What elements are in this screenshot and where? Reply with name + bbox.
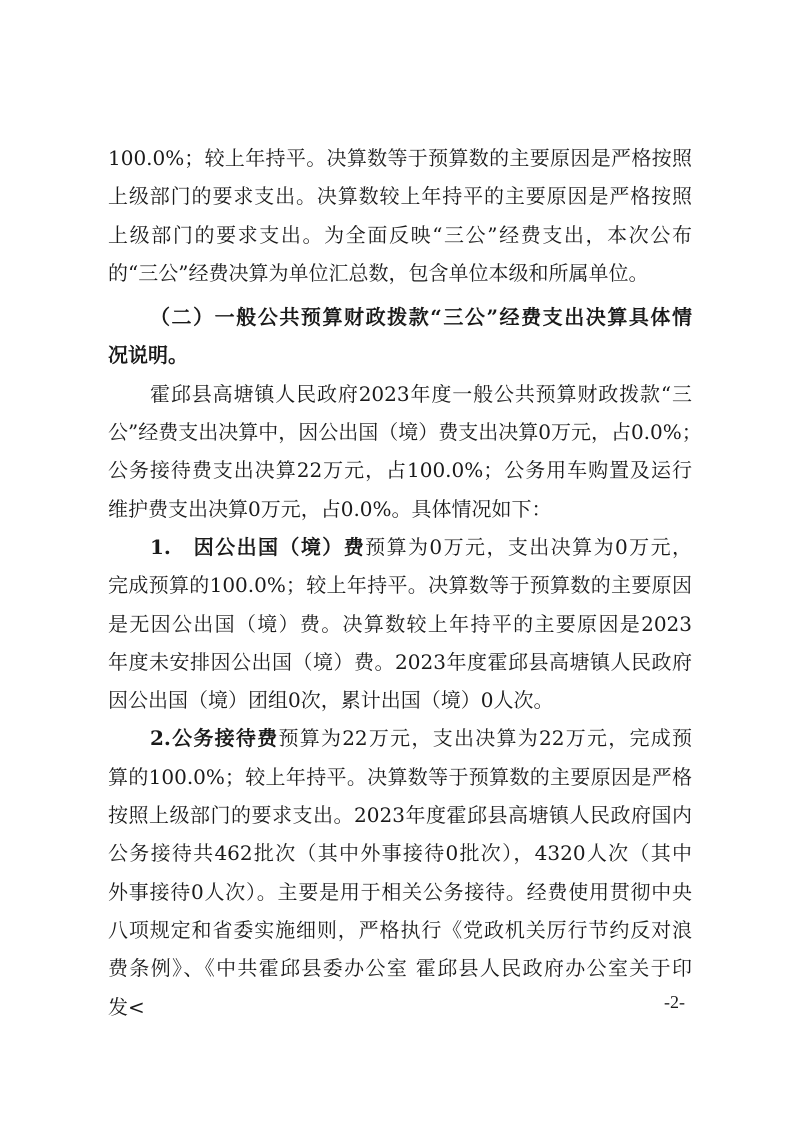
text-line: 2.公务接待费预算为22万元，支出决算为22万元，完成预	[108, 719, 692, 757]
page-number: -2-	[664, 992, 685, 1013]
paragraph-continuation: 100.0%；较上年持平。决算数等于预算数的主要原因是严格按照 上级部门的要求支…	[108, 139, 692, 292]
text-line: 上级部门的要求支出。为全面反映“三公”经费支出，本次公布	[108, 216, 692, 254]
paragraph-item-overseas-travel: 1. 因公出国（境）费预算为0万元，支出决算为0万元， 完成预算的100.0%；…	[108, 528, 692, 719]
text-line: 算的100.0%；较上年持平。决算数等于预算数的主要原因是严格	[108, 758, 692, 796]
text-line: 的“三公”经费决算为单位汇总数，包含单位本级和所属单位。	[108, 254, 692, 292]
item-label: 2.公务接待费	[150, 726, 278, 750]
text-line: 外事接待0人次）。主要是用于相关公务接待。经费使用贯彻中央	[108, 873, 692, 911]
text-line: 年度未安排因公出国（境）费。2023年度霍邱县高塘镇人民政府	[108, 643, 692, 681]
text-line: 费条例》、《中共霍邱县委办公室 霍邱县人民政府办公室关于印	[108, 949, 692, 987]
item-text: 预算为22万元，支出决算为22万元，完成预	[278, 726, 692, 750]
item-label: 1. 因公出国（境）费	[150, 535, 365, 559]
text-line: 公务接待费支出决算22万元，占100.0%；公务用车购置及运行	[108, 451, 692, 489]
text-line: 公务接待共462批次（其中外事接待0批次），4320人次（其中	[108, 834, 692, 872]
paragraph-summary: 霍邱县高塘镇人民政府2023年度一般公共预算财政拨款“三 公”经费支出决算中，因…	[108, 375, 692, 528]
text-line: 发<	[108, 988, 692, 1026]
text-line: 按照上级部门的要求支出。2023年度霍邱县高塘镇人民政府国内	[108, 796, 692, 834]
paragraph-item-reception: 2.公务接待费预算为22万元，支出决算为22万元，完成预 算的100.0%；较上…	[108, 719, 692, 1025]
document-page: 100.0%；较上年持平。决算数等于预算数的主要原因是严格按照 上级部门的要求支…	[108, 139, 692, 1026]
text-line: 100.0%；较上年持平。决算数等于预算数的主要原因是严格按照	[108, 139, 692, 177]
heading-line: 况说明。	[108, 336, 692, 374]
heading-line: （二）一般公共预算财政拨款“三公”经费支出决算具体情	[108, 298, 692, 336]
text-line: 1. 因公出国（境）费预算为0万元，支出决算为0万元，	[108, 528, 692, 566]
text-line: 是无因公出国（境）费。决算数较上年持平的主要原因是2023	[108, 605, 692, 643]
text-line: 霍邱县高塘镇人民政府2023年度一般公共预算财政拨款“三	[108, 375, 692, 413]
text-line: 维护费支出决算0万元，占0.0%。具体情况如下：	[108, 490, 692, 528]
text-line: 八项规定和省委实施细则，严格执行《党政机关厉行节约反对浪	[108, 911, 692, 949]
section-heading: （二）一般公共预算财政拨款“三公”经费支出决算具体情 况说明。	[108, 298, 692, 375]
text-line: 因公出国（境）团组0次，累计出国（境）0人次。	[108, 681, 692, 719]
text-line: 完成预算的100.0%；较上年持平。决算数等于预算数的主要原因	[108, 566, 692, 604]
text-line: 公”经费支出决算中，因公出国（境）费支出决算0万元，占0.0%；	[108, 413, 692, 451]
text-line: 上级部门的要求支出。决算数较上年持平的主要原因是严格按照	[108, 177, 692, 215]
item-text: 预算为0万元，支出决算为0万元，	[365, 535, 692, 559]
